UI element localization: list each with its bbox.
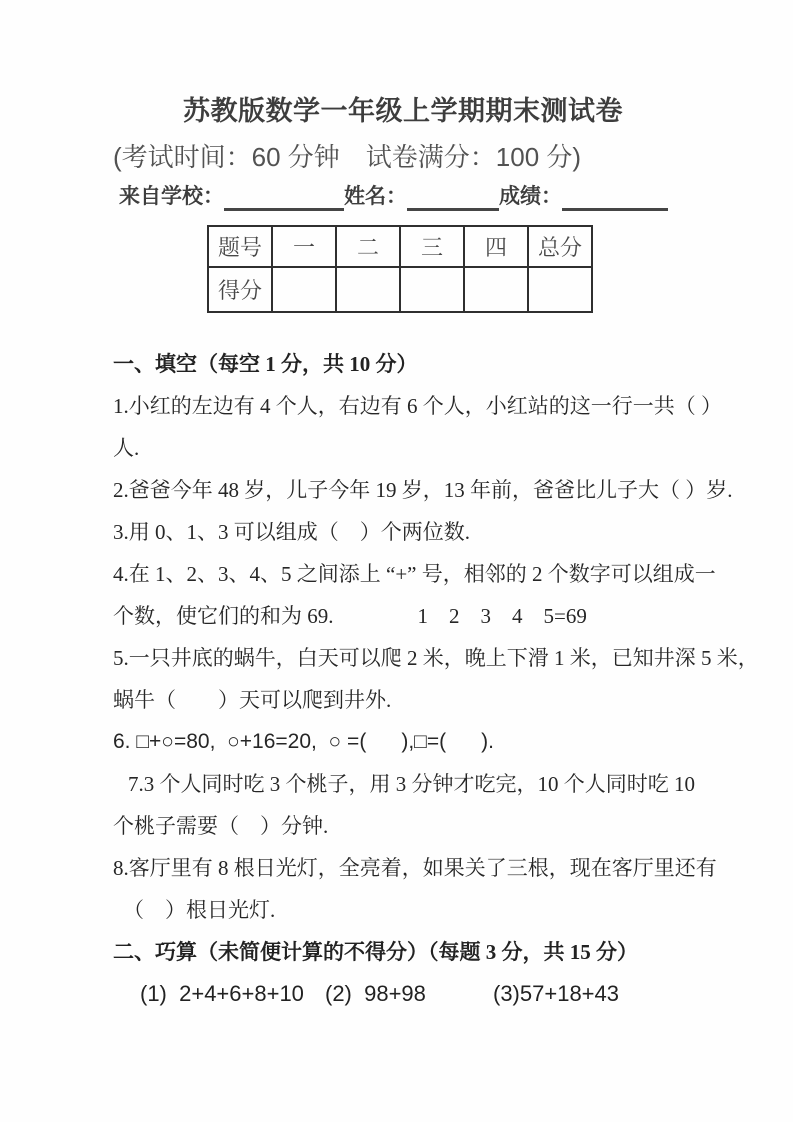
- score-table-col-one: 一: [272, 226, 336, 267]
- section-two-heading: 二、巧算（未简便计算的不得分）（每题 3 分，共 15 分）: [113, 931, 693, 973]
- section-one-heading: 一、填空（每空 1 分，共 10 分）: [113, 343, 693, 385]
- question-4-line-2: 个数，使它们的和为 69. 1 2 3 4 5=69: [113, 595, 693, 637]
- calc-problems-row: (1) 2+4+6+8+10 (2) 98+98 (3)57+18+43: [113, 973, 693, 1015]
- question-8-line-2: （ ）根日光灯.: [113, 889, 693, 931]
- score-cell: [336, 267, 400, 312]
- student-info-row: 来自学校：姓名：成绩：: [119, 183, 693, 211]
- score-cell: [400, 267, 464, 312]
- question-8-line-1: 8.客厅里有 8 根日光灯，全亮着，如果关了三根，现在客厅里还有: [113, 847, 693, 889]
- question-3-line-1: 3.用 0、1、3 可以组成（ ）个两位数.: [113, 511, 693, 553]
- score-table-col-three: 三: [400, 226, 464, 267]
- question-1-line-2: 人.: [113, 427, 693, 469]
- test-paper-page: 苏教版数学一年级上学期期末测试卷 (考试时间：60 分钟 试卷满分：100 分)…: [0, 0, 793, 1122]
- score-blank-line: [562, 184, 668, 211]
- score-table-col-four: 四: [464, 226, 528, 267]
- score-label: 成绩：: [499, 183, 562, 211]
- question-2-line-1: 2.爸爸今年 48 岁，儿子今年 19 岁，13 年前，爸爸比儿子大（ ）岁.: [113, 469, 693, 511]
- calc-problem-1: (1) 2+4+6+8+10: [140, 973, 325, 1015]
- calc-problem-2: (2) 98+98: [325, 973, 493, 1015]
- score-row-label: 得分: [208, 267, 272, 312]
- page-title: 苏教版数学一年级上学期期末测试卷: [113, 94, 693, 128]
- score-table-col-two: 二: [336, 226, 400, 267]
- score-cell: [464, 267, 528, 312]
- score-table-corner-cell: 题号: [208, 226, 272, 267]
- score-table-score-row: 得分: [208, 267, 592, 312]
- question-5-line-2: 蜗牛（ ）天可以爬到井外.: [113, 679, 693, 721]
- calc-problem-3: (3)57+18+43: [493, 973, 619, 1015]
- score-cell: [528, 267, 592, 312]
- school-blank-line: [224, 184, 344, 211]
- exam-meta-line: (考试时间：60 分钟 试卷满分：100 分): [113, 141, 693, 173]
- school-label: 来自学校：: [119, 183, 224, 211]
- question-7-line-2: 个桃子需要（ ）分钟.: [113, 805, 693, 847]
- name-label: 姓名：: [344, 183, 407, 211]
- question-1-line-1: 1.小红的左边有 4 个人，右边有 6 个人，小红站的这一行一共（ ）: [113, 385, 693, 427]
- score-table-header-row: 题号 一 二 三 四 总分: [208, 226, 592, 267]
- question-7-line-1: 7.3 个人同时吃 3 个桃子，用 3 分钟才吃完，10 个人同时吃 10: [113, 763, 693, 805]
- question-4-line-1: 4.在 1、2、3、4、5 之间添上 “+” 号，相邻的 2 个数字可以组成一: [113, 553, 693, 595]
- questions-area: 一、填空（每空 1 分，共 10 分） 1.小红的左边有 4 个人，右边有 6 …: [113, 343, 693, 1015]
- score-table-col-total: 总分: [528, 226, 592, 267]
- score-cell: [272, 267, 336, 312]
- score-table: 题号 一 二 三 四 总分 得分: [207, 225, 593, 313]
- question-6-line-1: 6. □+○=80, ○+16=20, ○ =( ),□=( ).: [113, 721, 693, 763]
- name-blank-line: [407, 184, 499, 211]
- question-5-line-1: 5.一只井底的蜗牛，白天可以爬 2 米，晚上下滑 1 米，已知井深 5 米，: [113, 637, 693, 679]
